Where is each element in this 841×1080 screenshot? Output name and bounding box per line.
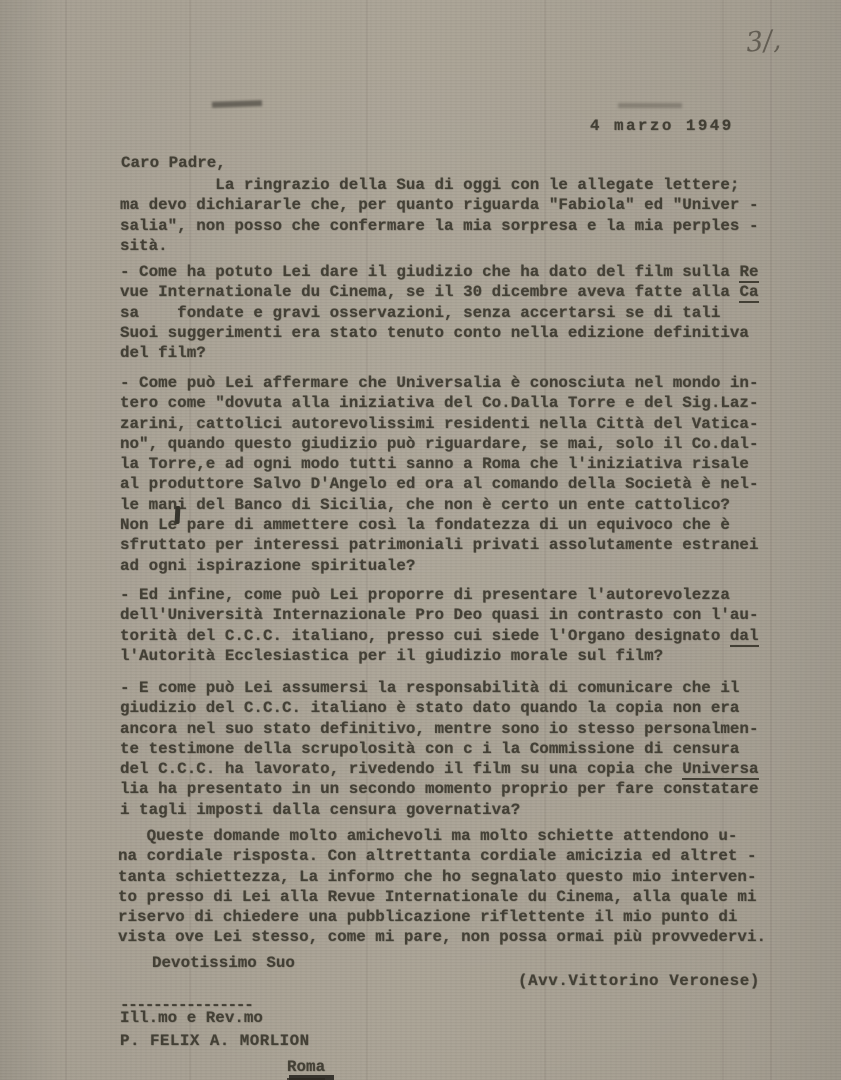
handwritten-page-number: 3/, [744, 24, 782, 58]
scanned-letter-screenshot: { "page": { "handwritten_note": "3/,", "… [0, 0, 841, 1080]
signature-line: (Avv.Vittorino Veronese) [518, 971, 760, 991]
fold-line [770, 0, 772, 1080]
letter-page: 3/, 4 marzo 1949 Caro Padre, La ringrazi… [0, 0, 841, 1080]
letter-paragraph-5: - E come può Lei assumersi la responsabi… [120, 678, 759, 820]
ink-smudge [212, 100, 262, 108]
recipient-city: Roma [287, 1057, 325, 1080]
recipient-honorific: Ill.mo e Rev.mo [120, 1008, 263, 1028]
salutation: Caro Padre, [121, 153, 226, 173]
letter-paragraph-4: - Ed infine, come può Lei proporre di pr… [120, 585, 759, 666]
ink-smudge [618, 103, 682, 108]
letter-paragraph-1: La ringrazio della Sua di oggi con le al… [120, 175, 759, 256]
recipient-name: P. FELIX A. MORLION [120, 1031, 310, 1051]
closing-line: Devotissimo Suo [152, 953, 295, 973]
fold-line [65, 0, 67, 1080]
letter-paragraph-6: Queste domande molto amichevoli ma molto… [118, 826, 766, 948]
letter-paragraph-2: - Come ha potuto Lei dare il giudizio ch… [120, 262, 759, 363]
letter-paragraph-3: - Come può Lei affermare che Universalia… [120, 373, 759, 576]
date-line: 4 marzo 1949 [590, 116, 734, 136]
